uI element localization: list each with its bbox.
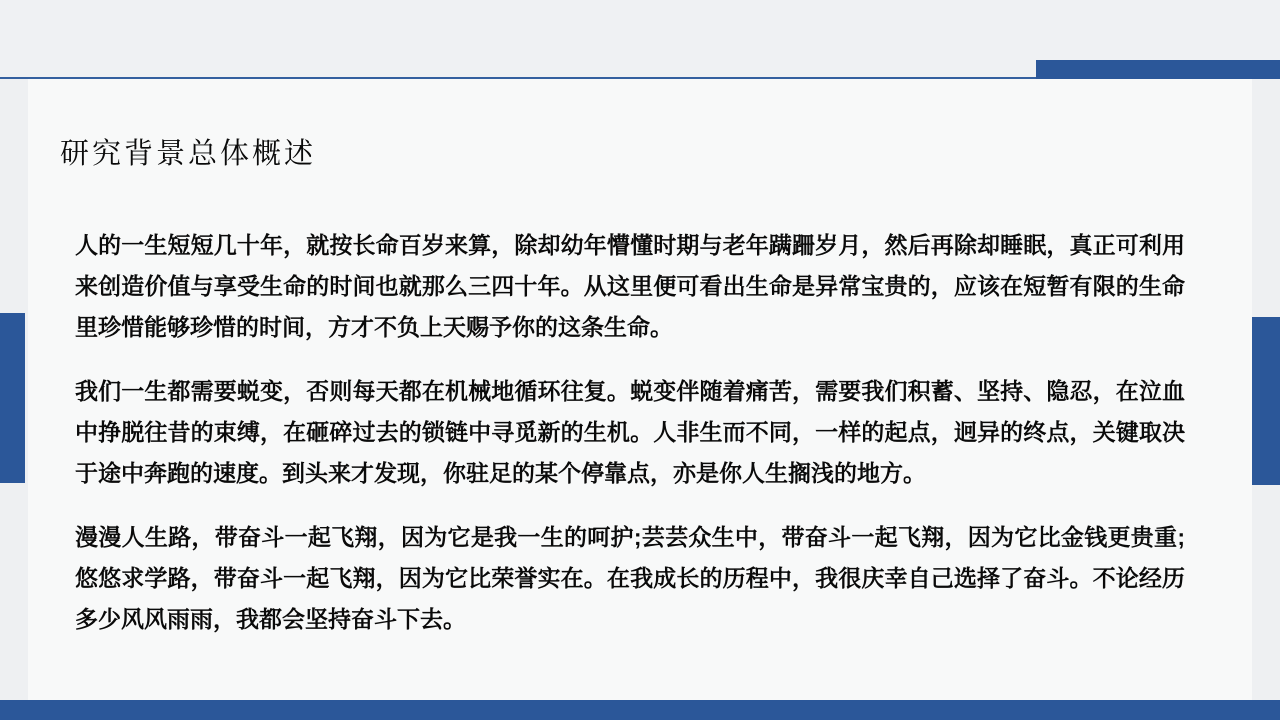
top-right-accent-bar [1036,60,1280,79]
body-text-block: 人的一生短短几十年，就按长命百岁来算，除却幼年懵懂时期与老年蹒跚岁月，然后再除却… [75,225,1185,663]
paragraph-life-span: 人的一生短短几十年，就按长命百岁来算，除却幼年懵懂时期与老年蹒跚岁月，然后再除却… [75,225,1185,348]
presentation-slide: 研究背景总体概述 人的一生短短几十年，就按长命百岁来算，除却幼年懵懂时期与老年蹒… [0,0,1280,720]
footer-accent-bar [0,700,1280,720]
slide-title: 研究背景总体概述 [60,131,316,172]
paragraph-striving: 漫漫人生路，带奋斗一起飞翔，因为它是我一生的呵护;芸芸众生中，带奋斗一起飞翔，因… [75,517,1185,640]
header-divider-line [0,77,1036,79]
left-accent-bar [0,313,25,483]
paragraph-transformation: 我们一生都需要蜕变，否则每天都在机械地循环往复。蜕变伴随着痛苦，需要我们积蓄、坚… [75,371,1185,494]
right-accent-bar [1252,317,1280,485]
